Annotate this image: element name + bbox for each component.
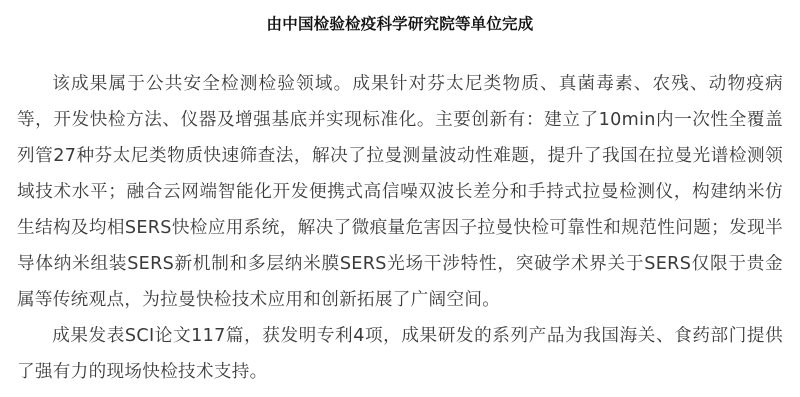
article: 由中国检验检疫科学研究院等单位完成 该成果属于公共安全检测检验领域。成果针对芬太… — [0, 0, 800, 397]
paragraph-publications: 成果发表SCI论文117篇，获发明专利4项，成果研发的系列产品为我国海关、食药部… — [17, 318, 783, 390]
paragraph-achievement-summary: 该成果属于公共安全检测检验领域。成果针对芬太尼类物质、真菌毒素、农残、动物疫病等… — [17, 66, 783, 318]
article-body: 该成果属于公共安全检测检验领域。成果针对芬太尼类物质、真菌毒素、农残、动物疫病等… — [17, 66, 783, 390]
article-title: 由中国检验检疫科学研究院等单位完成 — [17, 0, 783, 36]
